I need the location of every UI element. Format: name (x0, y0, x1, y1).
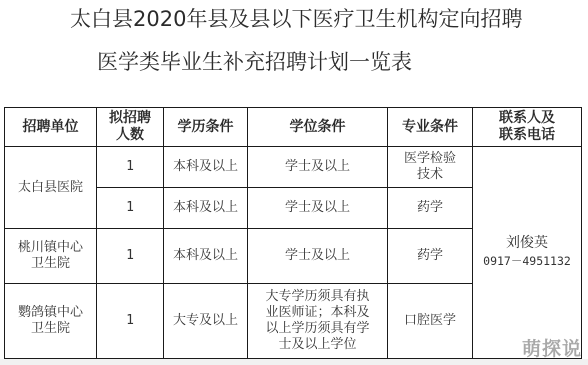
header-contact-line-1: 联系人及 (499, 110, 555, 126)
header-unit: 招聘单位 (5, 108, 97, 147)
header-education: 学历条件 (164, 108, 248, 147)
contact-name: 刘俊英 (475, 235, 579, 251)
watermark: 萌探说 (522, 334, 582, 361)
cell-degree-line-1: 大专学历须具有执 (265, 289, 369, 304)
cell-unit: 桃川镇中心 卫生院 (5, 229, 97, 284)
cell-education: 本科及以上 (164, 147, 248, 188)
cell-unit-line-1: 鹦鸽镇中心 (18, 305, 83, 320)
document-title-line-1: 太白县2020年县及县以下医疗卫生机构定向招聘 (70, 3, 522, 33)
cell-unit-line-2: 卫生院 (31, 256, 70, 271)
cell-major: 医学检验 技术 (388, 147, 473, 188)
cell-contact: 刘俊英 0917－4951132 (473, 147, 582, 359)
cell-degree-line-2: 业医师证；本科及 (265, 305, 369, 320)
cell-count: 1 (97, 147, 164, 188)
cell-count: 1 (97, 284, 164, 359)
cell-degree: 学士及以上 (248, 229, 388, 284)
header-degree: 学位条件 (248, 108, 388, 147)
header-count-line-2: 人数 (116, 127, 144, 143)
cell-education: 本科及以上 (164, 188, 248, 229)
contact-phone: 0917－4951132 (483, 254, 571, 268)
cell-unit: 太白县医院 (5, 147, 97, 229)
header-major: 专业条件 (388, 108, 473, 147)
header-contact-line-2: 联系电话 (499, 127, 555, 143)
header-count: 拟招聘 人数 (97, 108, 164, 147)
bottom-shade (0, 359, 588, 365)
cell-major: 口腔医学 (388, 284, 473, 359)
cell-unit-line-2: 卫生院 (31, 321, 70, 336)
cell-degree-line-4: 士及以上学位 (278, 337, 356, 352)
cell-major: 药学 (388, 188, 473, 229)
cell-major: 药学 (388, 229, 473, 284)
header-count-line-1: 拟招聘 (109, 110, 151, 126)
table-header-row: 招聘单位 拟招聘 人数 学历条件 学位条件 专业条件 联系人及 联系电话 (5, 108, 582, 147)
cell-count: 1 (97, 188, 164, 229)
cell-education: 本科及以上 (164, 229, 248, 284)
cell-unit-line-1: 桃川镇中心 (18, 240, 83, 255)
cell-unit: 鹦鸽镇中心 卫生院 (5, 284, 97, 359)
cell-major-line-2: 技术 (417, 167, 443, 182)
table-row: 太白县医院 1 本科及以上 学士及以上 医学检验 技术 刘俊英 0917－495… (5, 147, 582, 188)
recruitment-plan-table: 招聘单位 拟招聘 人数 学历条件 学位条件 专业条件 联系人及 联系电话 太白县… (4, 107, 582, 359)
cell-degree: 学士及以上 (248, 147, 388, 188)
cell-major-line-1: 医学检验 (404, 151, 456, 166)
cell-degree: 大专学历须具有执 业医师证；本科及 以上学历须具有学 士及以上学位 (248, 284, 388, 359)
cell-education: 大专及以上 (164, 284, 248, 359)
cell-degree: 学士及以上 (248, 188, 388, 229)
cell-count: 1 (97, 229, 164, 284)
cell-degree-line-3: 以上学历须具有学 (265, 321, 369, 336)
header-contact: 联系人及 联系电话 (473, 108, 582, 147)
document-title-line-2: 医学类毕业生补充招聘计划一览表 (97, 46, 412, 76)
